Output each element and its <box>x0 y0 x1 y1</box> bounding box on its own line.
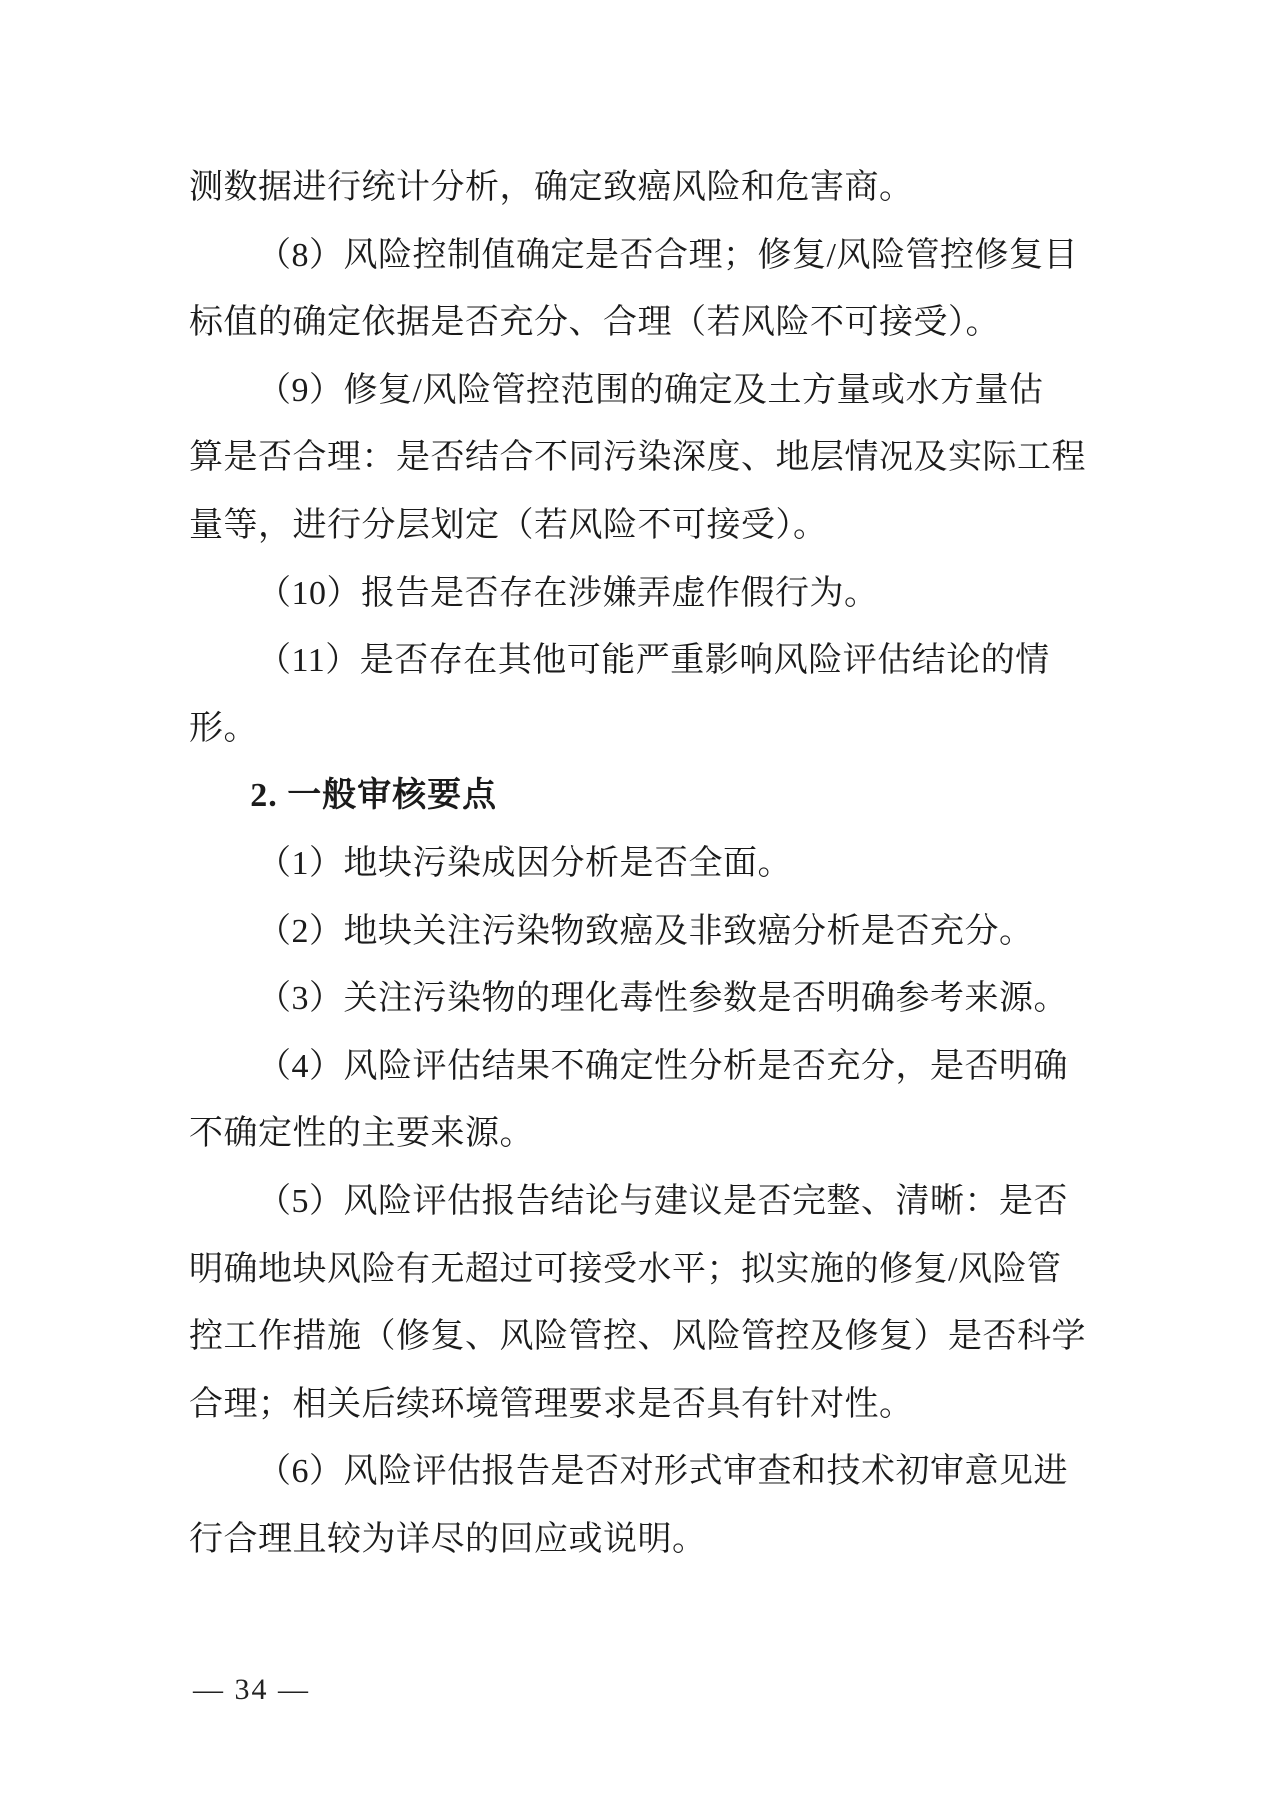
text-line: 明确地块风险有无超过可接受水平；拟实施的修复/风险管 <box>189 1236 1105 1304</box>
text-line: 测数据进行统计分析，确定致癌风险和危害商。 <box>189 154 1105 222</box>
text-line: 标值的确定依据是否充分、合理（若风险不可接受）。 <box>189 289 1105 357</box>
text-line: 算是否合理：是否结合不同污染深度、地层情况及实际工程 <box>189 424 1105 492</box>
text-line: （10）报告是否存在涉嫌弄虚作假行为。 <box>189 560 1105 628</box>
text-line: （3）关注污染物的理化毒性参数是否明确参考来源。 <box>189 965 1105 1033</box>
text-line: （5）风险评估报告结论与建议是否完整、清晰：是否 <box>189 1168 1105 1236</box>
text-line: （2）地块关注污染物致癌及非致癌分析是否充分。 <box>189 898 1105 966</box>
text-line: 不确定性的主要来源。 <box>189 1100 1105 1168</box>
text-column: 测数据进行统计分析，确定致癌风险和危害商。 （8）风险控制值确定是否合理；修复/… <box>189 154 1105 1573</box>
section-heading: 2. 一般审核要点 <box>189 762 1105 830</box>
text-line: 合理；相关后续环境管理要求是否具有针对性。 <box>189 1371 1105 1439</box>
document-page: 测数据进行统计分析，确定致癌风险和危害商。 （8）风险控制值确定是否合理；修复/… <box>0 0 1280 1810</box>
text-line: （1）地块污染成因分析是否全面。 <box>189 830 1105 898</box>
text-line: 形。 <box>189 695 1105 763</box>
text-line: （4）风险评估结果不确定性分析是否充分，是否明确 <box>189 1033 1105 1101</box>
text-line: （9）修复/风险管控范围的确定及土方量或水方量估 <box>189 357 1105 425</box>
text-line: （8）风险控制值确定是否合理；修复/风险管控修复目 <box>189 222 1105 290</box>
text-line: 量等，进行分层划定（若风险不可接受）。 <box>189 492 1105 560</box>
text-line: （11）是否存在其他可能严重影响风险评估结论的情 <box>189 627 1105 695</box>
text-line: （6）风险评估报告是否对形式审查和技术初审意见进 <box>189 1438 1105 1506</box>
text-line: 行合理且较为详尽的回应或说明。 <box>189 1506 1105 1574</box>
text-line: 控工作措施（修复、风险管控、风险管控及修复）是否科学 <box>189 1303 1105 1371</box>
page-number: — 34 — <box>193 1672 310 1708</box>
